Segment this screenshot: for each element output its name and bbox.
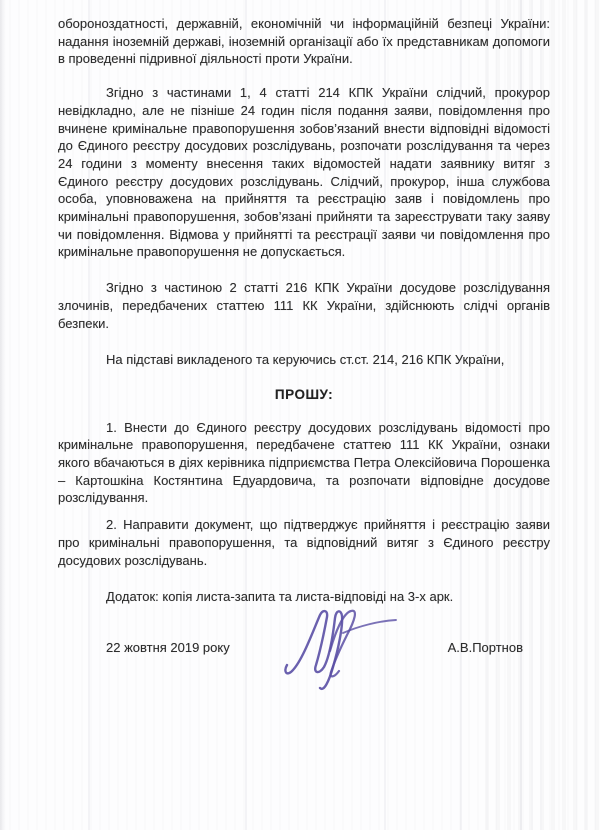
request-item-1: 1. Внести до Єдиного реєстру досудових р… (58, 419, 550, 508)
request-heading: ПРОШУ: (58, 386, 550, 404)
document-body: обороноздатності, державній, економічній… (58, 15, 550, 657)
document-date: 22 жовтня 2019 року (58, 639, 230, 657)
request-item-2: 2. Направити документ, що підтверджує пр… (58, 516, 550, 569)
paragraph-continuation: обороноздатності, державній, економічній… (58, 15, 550, 68)
attachment-note: Додаток: копія листа-запита та листа-від… (58, 588, 550, 606)
paragraph-article-216: Згідно з частиною 2 статті 216 КПК Украї… (58, 279, 550, 332)
signatory-name: А.В.Портнов (448, 639, 523, 657)
closing-lead: На підставі викладеного та керуючись ст.… (58, 351, 550, 369)
signature-block: 22 жовтня 2019 року А.В.Портнов (58, 639, 550, 657)
document-page: обороноздатності, державній, економічній… (0, 0, 600, 830)
paragraph-article-214: Згідно з частинами 1, 4 статті 214 КПК У… (58, 84, 550, 261)
scan-edge-shadow (0, 0, 6, 830)
